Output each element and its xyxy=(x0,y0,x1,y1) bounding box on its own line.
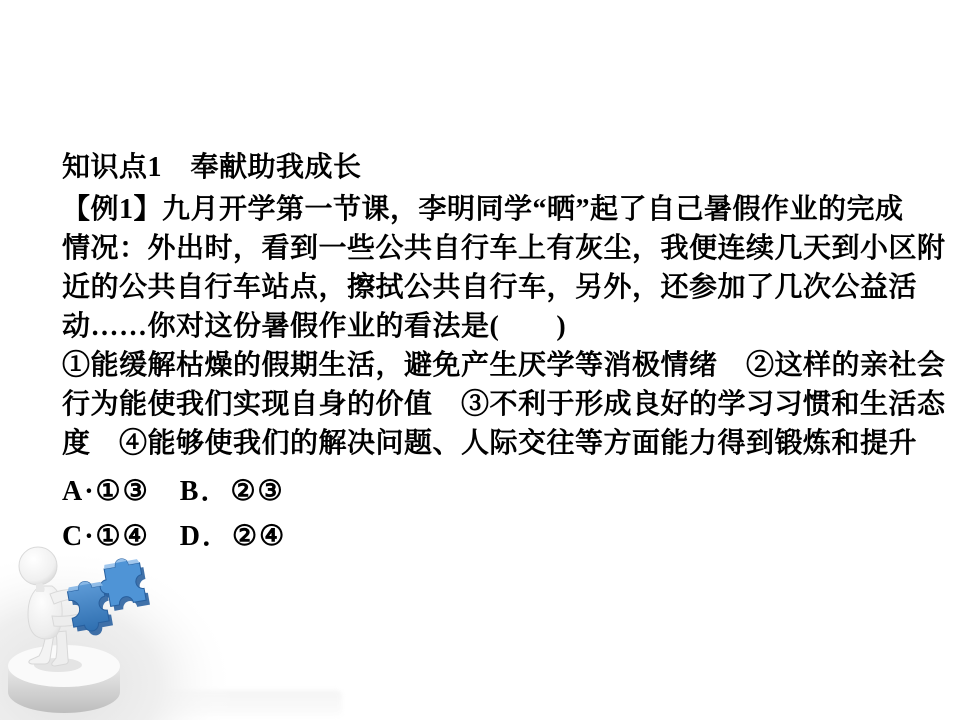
knowledge-point-heading: 知识点1 奉献助我成长 xyxy=(62,146,918,190)
puzzle-figure-illustration xyxy=(0,538,230,720)
example-text-line: 情况：外出时，看到一些公共自行车上有灰尘，我便连续几天到小区附 xyxy=(62,229,918,268)
slide: 知识点1 奉献助我成长 【例1】九月开学第一节课，李明同学“晒”起了自己暑假作业… xyxy=(0,0,960,720)
example-text-line: 动……你对这份暑假作业的看法是( ) xyxy=(62,307,918,346)
statement-text-line: 行为能使我们实现自身的价值 ③不利于形成良好的学习习惯和生活态 xyxy=(62,385,918,424)
statement-text-line: ①能缓解枯燥的假期生活，避免产生厌学等消极情绪 ②这样的亲社会 xyxy=(62,346,918,385)
clipart-3d-figure-with-puzzle xyxy=(0,538,230,720)
question-block: 知识点1 奉献助我成长 【例1】九月开学第一节课，李明同学“晒”起了自己暑假作业… xyxy=(62,146,918,559)
example-text-line: 【例1】九月开学第一节课，李明同学“晒”起了自己暑假作业的完成 xyxy=(62,190,918,229)
choice-row-ab: A·①③ B．②③ xyxy=(62,469,918,514)
example-text-line: 近的公共自行车站点，擦拭公共自行车，另外，还参加了几次公益活 xyxy=(62,268,918,307)
statement-text-line: 度 ④能够使我们的解决问题、人际交往等方面能力得到锻炼和提升 xyxy=(62,424,918,463)
